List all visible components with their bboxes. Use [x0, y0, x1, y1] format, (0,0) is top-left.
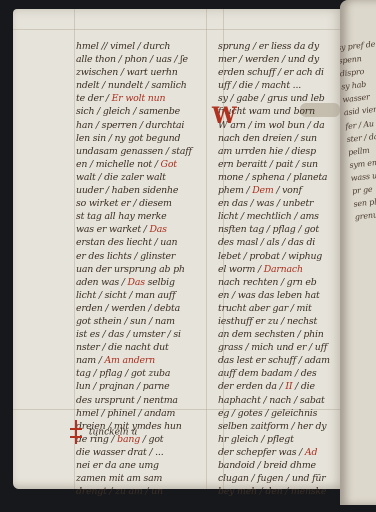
- next-page-edge: sy pref despenndisprosy habwasserasid vi…: [340, 0, 376, 505]
- right-column-line: licht / mechtlich / ams: [218, 210, 338, 223]
- left-column-line: zamen mit am sam: [76, 472, 204, 485]
- right-column-line: des masl / als / das di: [218, 236, 338, 249]
- right-column-line: en das / was / unbetr: [218, 197, 338, 210]
- left-column-line: nster / die nacht dut: [76, 341, 204, 354]
- next-page-text: sy pref despenndisprosy habwasserasid vi…: [340, 38, 376, 224]
- right-column-line: nach den dreien / sun: [218, 132, 338, 145]
- left-column-line: en / michelle not / Got: [76, 158, 204, 171]
- right-column-line: bey meh / den / menske: [218, 485, 338, 498]
- right-column-line: grass / mich und er / uff: [218, 341, 338, 354]
- left-column-line: erden / werden / debta: [76, 302, 204, 315]
- left-column-line: nam / Am andern: [76, 354, 204, 367]
- right-column-line: haphacht / nach / sabat: [218, 394, 338, 407]
- right-column-line: selben zaitform / her dy: [218, 420, 338, 433]
- right-column-line: das lest er schuff / adam: [218, 354, 338, 367]
- right-column-line: el worm / Darnach: [218, 263, 338, 276]
- left-column-line: er des lichts / glinster: [76, 250, 204, 263]
- left-column-line: tag / pflag / got zuba: [76, 367, 204, 380]
- left-column-line: walt / die zaler walt: [76, 171, 204, 184]
- left-column-line: hmel / phinel / andam: [76, 407, 204, 420]
- right-column-line: ern beraitt / pait / sun: [218, 158, 338, 171]
- ruling-line-top: [13, 29, 343, 30]
- right-column-line: nsften tag / pflag / got: [218, 223, 338, 236]
- left-column-line: des ursprunt / nentma: [76, 394, 204, 407]
- left-column-line: licht / sicht / man auff: [76, 289, 204, 302]
- red-cross-mark-icon: [70, 420, 82, 444]
- right-column-line: hr gleich / pflegt: [218, 433, 338, 446]
- left-column-line: len sin / ny got begund: [76, 132, 204, 145]
- right-column-line: phem / Dem / vonf: [218, 184, 338, 197]
- left-column-line: aden was / Das selbig: [76, 276, 204, 289]
- right-column-line: der schepfer was / Ad: [218, 446, 338, 459]
- rubric-initial: W: [212, 103, 237, 129]
- right-column-line: nach rechten / grn eb: [218, 276, 338, 289]
- left-column-line: te der / Er wolt nun: [76, 92, 204, 105]
- right-column-line: erden schuff / er ach di: [218, 66, 338, 79]
- left-column-line: drengt / zu am / un: [76, 485, 204, 498]
- left-column-line: uuder / haben sidenhe: [76, 184, 204, 197]
- right-column-line: mer / werden / und dy: [218, 53, 338, 66]
- footer-note: tunckeln u: [70, 420, 137, 444]
- right-column-line: clugan / fugen / und für: [218, 472, 338, 485]
- left-column-line: undasam genassen / staff: [76, 145, 204, 158]
- left-column-line: sich / gleich / samenbe: [76, 105, 204, 118]
- ruling-line-mid: [206, 9, 207, 489]
- right-column-line: uff / die / macht ...: [218, 79, 338, 92]
- left-column-line: lun / prajnan / parne: [76, 380, 204, 393]
- right-column-line: trucht aber gar / mit: [218, 302, 338, 315]
- left-column-line: was er warket / Das: [76, 223, 204, 236]
- right-column-line: sprung / er liess da dy: [218, 40, 338, 53]
- left-column-line: ndelt / nundelt / samlich: [76, 79, 204, 92]
- left-column-line: alle thon / phon / uas / ʃe: [76, 53, 204, 66]
- right-column-line: en / was das leben hat: [218, 289, 338, 302]
- right-column-line: lebet / probat / wiphug: [218, 250, 338, 263]
- right-column-line: mone / sphena / planeta: [218, 171, 338, 184]
- right-column-line: am urrden hie / diesp: [218, 145, 338, 158]
- right-column-line: eg / gotes / geleichnis: [218, 407, 338, 420]
- right-column-line: iesthuff er zu / nechst: [218, 315, 338, 328]
- right-column-line: an dem sechsten / phin: [218, 328, 338, 341]
- right-column-line: bandoid / breid dhme: [218, 459, 338, 472]
- right-column-line: auff dem badam / des: [218, 367, 338, 380]
- footer-note-text: tunckeln u: [89, 428, 137, 438]
- left-column-line: so wirket er / diesem: [76, 197, 204, 210]
- left-column-line: got sthein / sun / nam: [76, 315, 204, 328]
- left-column-line: zwischen / wart uerhn: [76, 66, 204, 79]
- left-column-line: ist es / das / umster / si: [76, 328, 204, 341]
- ruling-line-left: [74, 9, 75, 489]
- left-column-line: nei er da ane umg: [76, 459, 204, 472]
- right-column-line: der erden da / II / die: [218, 380, 338, 393]
- left-column-line: han / sperren / durchtai: [76, 119, 204, 132]
- left-column-line: uan der ursprung ab ph: [76, 263, 204, 276]
- left-column-line: st tag all hay merke: [76, 210, 204, 223]
- left-column-line: hmel // vimel / durch: [76, 40, 204, 53]
- left-column-line: erstan des liecht / uan: [76, 236, 204, 249]
- left-column-line: die wasser drat / ...: [76, 446, 204, 459]
